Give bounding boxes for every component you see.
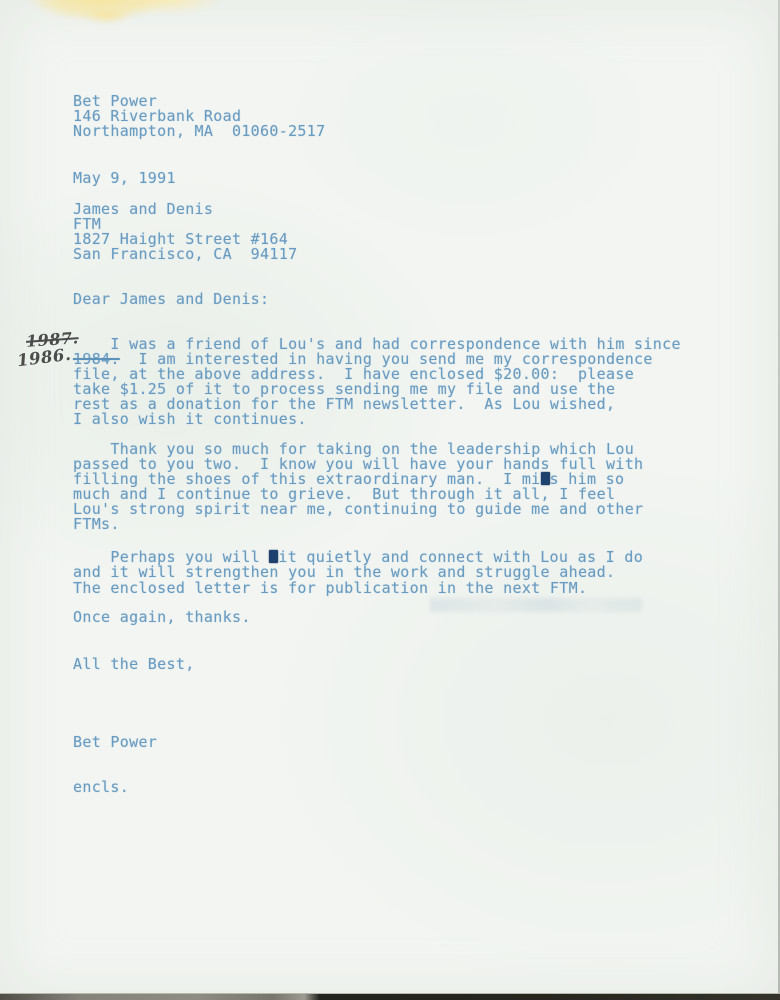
paragraph-4: The enclosed letter is for publication i… (73, 581, 587, 596)
enclosure-note: encls. (73, 780, 129, 795)
handwritten-year-final: 1986. (16, 345, 72, 370)
closing-line: All the Best, (73, 657, 195, 672)
yellow-stain-drip (80, 12, 135, 30)
typewriter-correction-blot (541, 472, 550, 485)
paragraph-5: Once again, thanks. (73, 610, 251, 625)
scan-edge-bottom (0, 993, 780, 1000)
paragraph-1: I was a friend of Lou's and had correspo… (73, 322, 681, 442)
yellow-stain-lobe (120, 0, 240, 22)
ink-bleed-artifact (430, 598, 642, 612)
signature-name: Bet Power (73, 735, 157, 750)
scanned-letter-page: Bet Power 146 Riverbank Road Northampton… (0, 0, 780, 1000)
paragraph-1-text-after: I am interested in having you send me my… (73, 350, 653, 428)
paragraph-2: Thank you so much for taking on the lead… (73, 427, 643, 547)
sender-address: Bet Power 146 Riverbank Road Northampton… (73, 94, 325, 139)
date-line: May 9, 1991 (73, 171, 176, 186)
recipient-address: James and Denis FTM 1827 Haight Street #… (73, 202, 297, 262)
salutation: Dear James and Denis: (73, 292, 269, 307)
